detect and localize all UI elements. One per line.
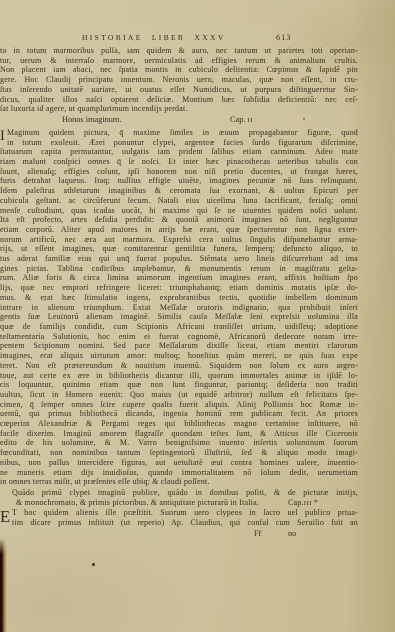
text-line: menſe cuſtodiunt, quas icadas uocāt, hi … xyxy=(0,206,358,216)
text-line: ne muneris etiam dijs inuidioſus, quando… xyxy=(0,468,358,478)
text-line: Ita eſt profecto, artes deſidia perdidit… xyxy=(0,215,358,225)
text-line: ſtas inſerendo unitatē uariare, ut ouatu… xyxy=(0,85,358,95)
chapter-2-title: Honos imaginum. xyxy=(62,115,121,125)
text-line: rijs, ut eſſent imagines, quæ comitarent… xyxy=(0,244,358,254)
chapter-3-cap: Cap.III * xyxy=(288,498,318,509)
signature-line: Ff no xyxy=(0,529,358,540)
text-line: lijs, quæ nec emptori refringere liceret… xyxy=(0,283,358,293)
text-line: teſtamentaria Salutionis, hoc enim ei fu… xyxy=(0,332,358,342)
chapter-3-cap-number: III xyxy=(304,500,312,507)
text-line: cis loquuntur, quinimo etiam quæ non ſun… xyxy=(0,380,358,390)
drop-cap-initial-e: E xyxy=(0,508,12,527)
chapter-3-heading: Quādo primū clypei imaginū publice, quād… xyxy=(0,488,358,507)
chapter-2-cap: Cap. II xyxy=(230,115,253,126)
paragraph-1-last-line: ſat luxuria id agere, ut quamplurimum in… xyxy=(0,104,358,114)
text-line: imagines, erat aliquis uirtutum amor: mu… xyxy=(0,351,358,361)
text-line: teret. Non eſt prætereundum & nouitium i… xyxy=(0,361,358,371)
paragraph-3: E T hoc quidem alienis ille præſtitit. S… xyxy=(0,508,358,527)
chapter-2-cap-label: Cap. xyxy=(230,115,245,124)
chapter-3-heading-line-2: & monochromato, & primis pictoribus. & a… xyxy=(16,498,358,508)
chapter-3-note-mark: * xyxy=(314,498,318,507)
header-title: HISTORIAE LIBER XXXV xyxy=(82,33,226,42)
chapter-3-heading-line-1: Quādo primū clypei imaginū publice, quād… xyxy=(12,488,358,498)
text-line: cubicula geſtant. ac circūferunt ſecum. … xyxy=(0,196,358,206)
book-page-scan: HISTORIAE LIBER XXXV 613 to in totum mar… xyxy=(0,0,395,632)
text-line: furis detrahat laqueus. Itaq; nullius ef… xyxy=(0,176,358,186)
chapter-2-cap-number: II xyxy=(248,117,254,124)
text-line: in totum exoleuit. Ærei ponuntur clypei,… xyxy=(0,138,358,148)
ink-speck xyxy=(44,300,46,301)
text-line: cœperint Alexandriæ & Pergami reges qui … xyxy=(0,419,358,429)
text-line: gere. Hoc Claudij principatu inuentum. N… xyxy=(0,75,358,85)
text-line: fœcunditati, non nominibus tantum ſeptin… xyxy=(0,448,358,458)
text-line: T hoc quidem alienis ille præſtitit. Suo… xyxy=(0,508,358,518)
text-line: gines pictas. Tablina codicibus impleban… xyxy=(0,264,358,274)
text-line: uultus, ſicut in Homero euenit: Quo maiu… xyxy=(0,390,358,400)
text-line: dicus, qualiter illos naſci optarent del… xyxy=(0,95,358,105)
text-line: cimen, q̄ ſemper omnes ſcire cupere qual… xyxy=(0,400,358,410)
text-line: edito de his uolumine, & M. Varro benign… xyxy=(0,438,358,448)
paragraph-2: I Maginum quidem pictura, q̄ maxime ſimi… xyxy=(0,128,358,487)
text-line: ſuunt, alienaſq; effigies colunt, ipſi h… xyxy=(0,167,358,177)
catchword: no xyxy=(288,529,296,539)
chapter-2-heading: Honos imaginum. Cap. II xyxy=(0,115,358,126)
text-line: mus. & erat hæc ſtimulatio ingens, expro… xyxy=(0,293,358,303)
signature-mark: Ff xyxy=(254,529,261,539)
text-line: ſtatuarum capita permutantur, uulgatis i… xyxy=(0,147,358,157)
text-line: toue, aut certe ex ære in bibliothecis d… xyxy=(0,371,358,381)
ink-speck xyxy=(92,563,95,566)
text-line: intrare in alienum triumphum. Extat Meſſ… xyxy=(0,303,358,313)
text-line: etiam corporū. Aliter apud maiores in at… xyxy=(0,225,358,235)
text-line: riam malunt conſpici omnes q̄ ſe noſci. … xyxy=(0,157,358,167)
text-line: tur, uerum & interraſo marmore, uermicul… xyxy=(0,56,358,66)
text-line: uentū, qui primus bibliothecā dicando, i… xyxy=(0,409,358,419)
paragraph-1: to in totum marmoribus pulſa, iam quidem… xyxy=(0,46,358,114)
text-line: pentem Scipionum nomini. Sed pace Meſſal… xyxy=(0,341,358,351)
text-line: facile dixerim. Imaginū amorem flagraſſe… xyxy=(0,429,358,439)
paragraph-1-lines: to in totum marmoribus pulſa, iam quidem… xyxy=(0,46,358,104)
text-line: rum. Aliæ foris & circa limina animorum … xyxy=(0,273,358,283)
chapter-3-cap-label: Cap. xyxy=(288,498,304,507)
text-line: quæ de familijs condidit, cum Scipionis … xyxy=(0,322,358,332)
text-line: norum artificū, nec æra aut marmora. Exp… xyxy=(0,235,358,245)
binding-edge xyxy=(0,538,7,632)
paragraph-3-lines: T hoc quidem alienis ille præſtitit. Suo… xyxy=(0,508,358,527)
text-line: nibus, non paſſus intercidere figuras, a… xyxy=(0,458,358,468)
text-line: gentis ſuæ Leuinorū alienam imaginē. Sim… xyxy=(0,312,358,322)
body-text: to in totum marmoribus pulſa, iam quidem… xyxy=(0,46,358,540)
text-line: tim dicare primus inſtituit (ut reperio)… xyxy=(0,518,358,528)
paragraph-2-last-line: in omnes terras miſit, ut præſentes eſſe… xyxy=(0,477,358,487)
ink-speck xyxy=(303,118,305,120)
running-header: HISTORIAE LIBER XXXV 613 xyxy=(0,33,395,44)
text-line: to in totum marmoribus pulſa, iam quidem… xyxy=(0,46,358,56)
text-line: Idem paleſtras athletarum imaginibus & c… xyxy=(0,186,358,196)
paragraph-2-lines: Maginum quidem pictura, q̄ maxime ſimile… xyxy=(0,128,358,477)
text-line: Maginum quidem pictura, q̄ maxime ſimile… xyxy=(0,128,358,138)
drop-cap-initial-i: I xyxy=(0,128,7,147)
chapter-3-heading-text: & monochromato, & primis pictoribus. & a… xyxy=(16,498,259,507)
text-line: Non placent iam abaci, nec ſpatia montis… xyxy=(0,65,358,75)
text-line: tus aderat familiæ eius qui unq̄ fuerat … xyxy=(0,254,358,264)
page-number: 613 xyxy=(276,33,292,42)
